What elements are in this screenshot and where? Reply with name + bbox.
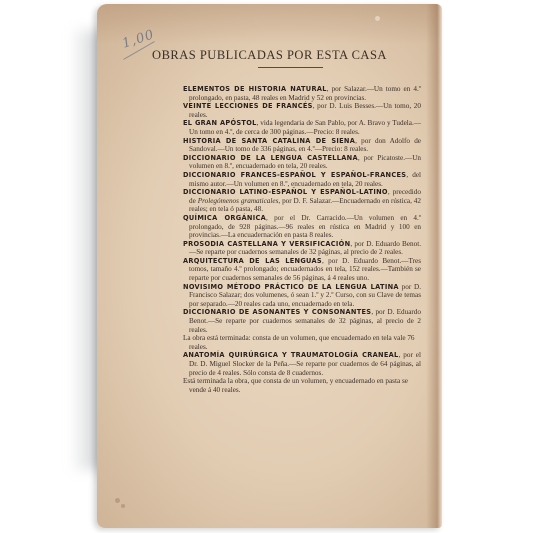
publication-entry: ANATOMÍA QUIRÚRGICA Y TRAUMATOLOGÍA CRAN…	[183, 351, 421, 377]
publication-entry: NOVISIMO MÉTODO PRÁCTICO DE LA LENGUA LA…	[183, 283, 421, 309]
publication-entry: DICCIONARIO FRANCES-ESPAÑOL Y ESPAÑOL-FR…	[183, 171, 421, 188]
publication-title: DICCIONARIO DE ASONANTES Y CONSONANTES	[183, 308, 371, 316]
publication-entry: DICCIONARIO LATINO-ESPAÑOL Y ESPAÑOL-LAT…	[183, 188, 421, 214]
publication-entry: ARQUITECTURA DE LAS LENGUAS, por D. Edua…	[183, 257, 421, 283]
publication-title: HISTORIA DE SANTA CATALINA DE SIENA	[183, 137, 355, 145]
publication-title: PROSODIA CASTELLANA Y VERSIFICACIÓN	[183, 240, 350, 248]
publication-list: ELEMENTOS DE HISTORIA NATURAL, por Salaz…	[183, 85, 421, 394]
publication-entry: PROSODIA CASTELLANA Y VERSIFICACIÓN, por…	[183, 240, 421, 257]
book-back-cover: 1,00 OBRAS PUBLICADAS POR ESTA CASA ELEM…	[97, 4, 442, 528]
italic-subtitle: Prolegómenos gramaticales	[198, 197, 279, 205]
publication-title: ARQUITECTURA DE LAS LENGUAS	[183, 257, 322, 265]
publication-title: DICCIONARIO LATINO-ESPAÑOL Y ESPAÑOL-LAT…	[183, 188, 388, 196]
publication-entry: EL GRAN APÓSTOL, vida legendaria de San …	[183, 119, 421, 136]
publication-title: ELEMENTOS DE HISTORIA NATURAL	[183, 85, 327, 93]
publication-entry: QUÍMICA ORGÁNICA, por el Dr. Carracido.—…	[183, 214, 421, 240]
publication-title: NOVISIMO MÉTODO PRÁCTICO DE LA LENGUA LA…	[183, 283, 399, 291]
publication-entry: HISTORIA DE SANTA CATALINA DE SIENA, por…	[183, 137, 421, 154]
publication-entry: DICCIONARIO DE ASONANTES Y CONSONANTES, …	[183, 308, 421, 334]
stain	[121, 504, 125, 508]
stain	[115, 498, 120, 503]
publication-entry: VEINTE LECCIONES DE FRANCÉS, por D. Luis…	[183, 102, 421, 119]
publication-entry: ELEMENTOS DE HISTORIA NATURAL, por Salaz…	[183, 85, 421, 102]
publication-title: QUÍMICA ORGÁNICA	[183, 214, 266, 222]
publication-title: DICCIONARIO FRANCES-ESPAÑOL Y ESPAÑOL-FR…	[183, 171, 406, 179]
title-divider	[258, 67, 323, 68]
publication-note: La obra está terminada: consta de un vol…	[183, 334, 421, 351]
publication-title: DICCIONARIO DE LA LENGUA CASTELLANA	[183, 154, 358, 162]
publication-title: EL GRAN APÓSTOL	[183, 119, 257, 127]
publication-note: Está terminada la obra, que consta de un…	[183, 377, 421, 394]
stain	[375, 16, 380, 21]
publication-title: ANATOMÍA QUIRÚRGICA Y TRAUMATOLOGÍA CRAN…	[183, 351, 399, 359]
publication-entry: DICCIONARIO DE LA LENGUA CASTELLANA, por…	[183, 154, 421, 171]
page-title: OBRAS PUBLICADAS POR ESTA CASA	[97, 48, 442, 63]
publication-title: VEINTE LECCIONES DE FRANCÉS	[183, 102, 313, 110]
